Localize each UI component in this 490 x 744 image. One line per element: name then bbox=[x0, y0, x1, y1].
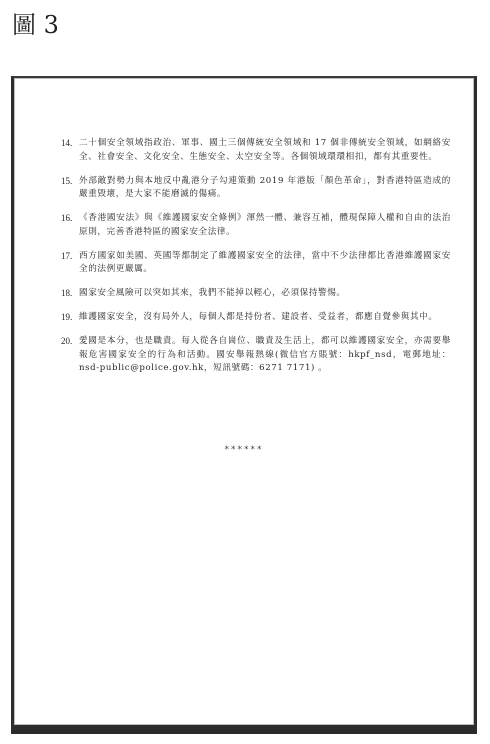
item-text: 愛國是本分，也是職責。每人從各自崗位、職責及生活上，都可以維護國家安全，亦需要舉… bbox=[79, 335, 451, 376]
item-number: 15. bbox=[61, 175, 72, 189]
item-text: 西方國家如美國、英國等都制定了維護國家安全的法律，當中不少法律都比香港維護國家安… bbox=[79, 250, 451, 277]
list-item: 18. 國家安全風險可以突如其來，我們不能掉以輕心，必須保持警惕。 bbox=[61, 287, 451, 301]
item-number: 20. bbox=[61, 335, 72, 349]
item-number: 19. bbox=[61, 311, 72, 325]
item-number: 14. bbox=[61, 137, 72, 151]
end-marker: ****** bbox=[15, 445, 473, 455]
list-item: 20. 愛國是本分，也是職責。每人從各自崗位、職責及生活上，都可以維護國家安全，… bbox=[61, 335, 451, 376]
list-item: 19. 維護國家安全，沒有局外人，每個人都是持份者、建設者、受益者，都應自覺參與… bbox=[61, 311, 451, 325]
numbered-list: 14. 二十個安全領域指政治、軍事、國土三個傳統安全領域和 17 個非傳統安全領… bbox=[61, 137, 451, 386]
item-text: 國家安全風險可以突如其來，我們不能掉以輕心，必須保持警惕。 bbox=[79, 287, 451, 301]
item-number: 16. bbox=[61, 212, 72, 226]
item-text: 二十個安全領域指政治、軍事、國土三個傳統安全領域和 17 個非傳統安全領域，如網… bbox=[79, 137, 451, 164]
list-item: 17. 西方國家如美國、英國等都制定了維護國家安全的法律，當中不少法律都比香港維… bbox=[61, 250, 451, 277]
list-item: 14. 二十個安全領域指政治、軍事、國土三個傳統安全領域和 17 個非傳統安全領… bbox=[61, 137, 451, 164]
item-text: 《香港國安法》與《維護國家安全條例》渾然一體、兼容互補，體現保障人權和自由的法治… bbox=[79, 212, 451, 239]
list-item: 15. 外部敵對勢力與本地反中亂港分子勾連策動 2019 年港版「顏色革命」，對… bbox=[61, 175, 451, 202]
item-number: 18. bbox=[61, 287, 72, 301]
document-page: 14. 二十個安全領域指政治、軍事、國土三個傳統安全領域和 17 個非傳統安全領… bbox=[11, 76, 477, 734]
item-text: 外部敵對勢力與本地反中亂港分子勾連策動 2019 年港版「顏色革命」，對香港特區… bbox=[79, 175, 451, 202]
item-number: 17. bbox=[61, 250, 72, 264]
list-item: 16. 《香港國安法》與《維護國家安全條例》渾然一體、兼容互補，體現保障人權和自… bbox=[61, 212, 451, 239]
item-text: 維護國家安全，沒有局外人，每個人都是持份者、建設者、受益者，都應自覺參與其中。 bbox=[79, 311, 451, 325]
page-inner-border: 14. 二十個安全領域指政治、軍事、國土三個傳統安全領域和 17 個非傳統安全領… bbox=[14, 78, 474, 725]
figure-label: 圖 3 bbox=[12, 10, 59, 40]
